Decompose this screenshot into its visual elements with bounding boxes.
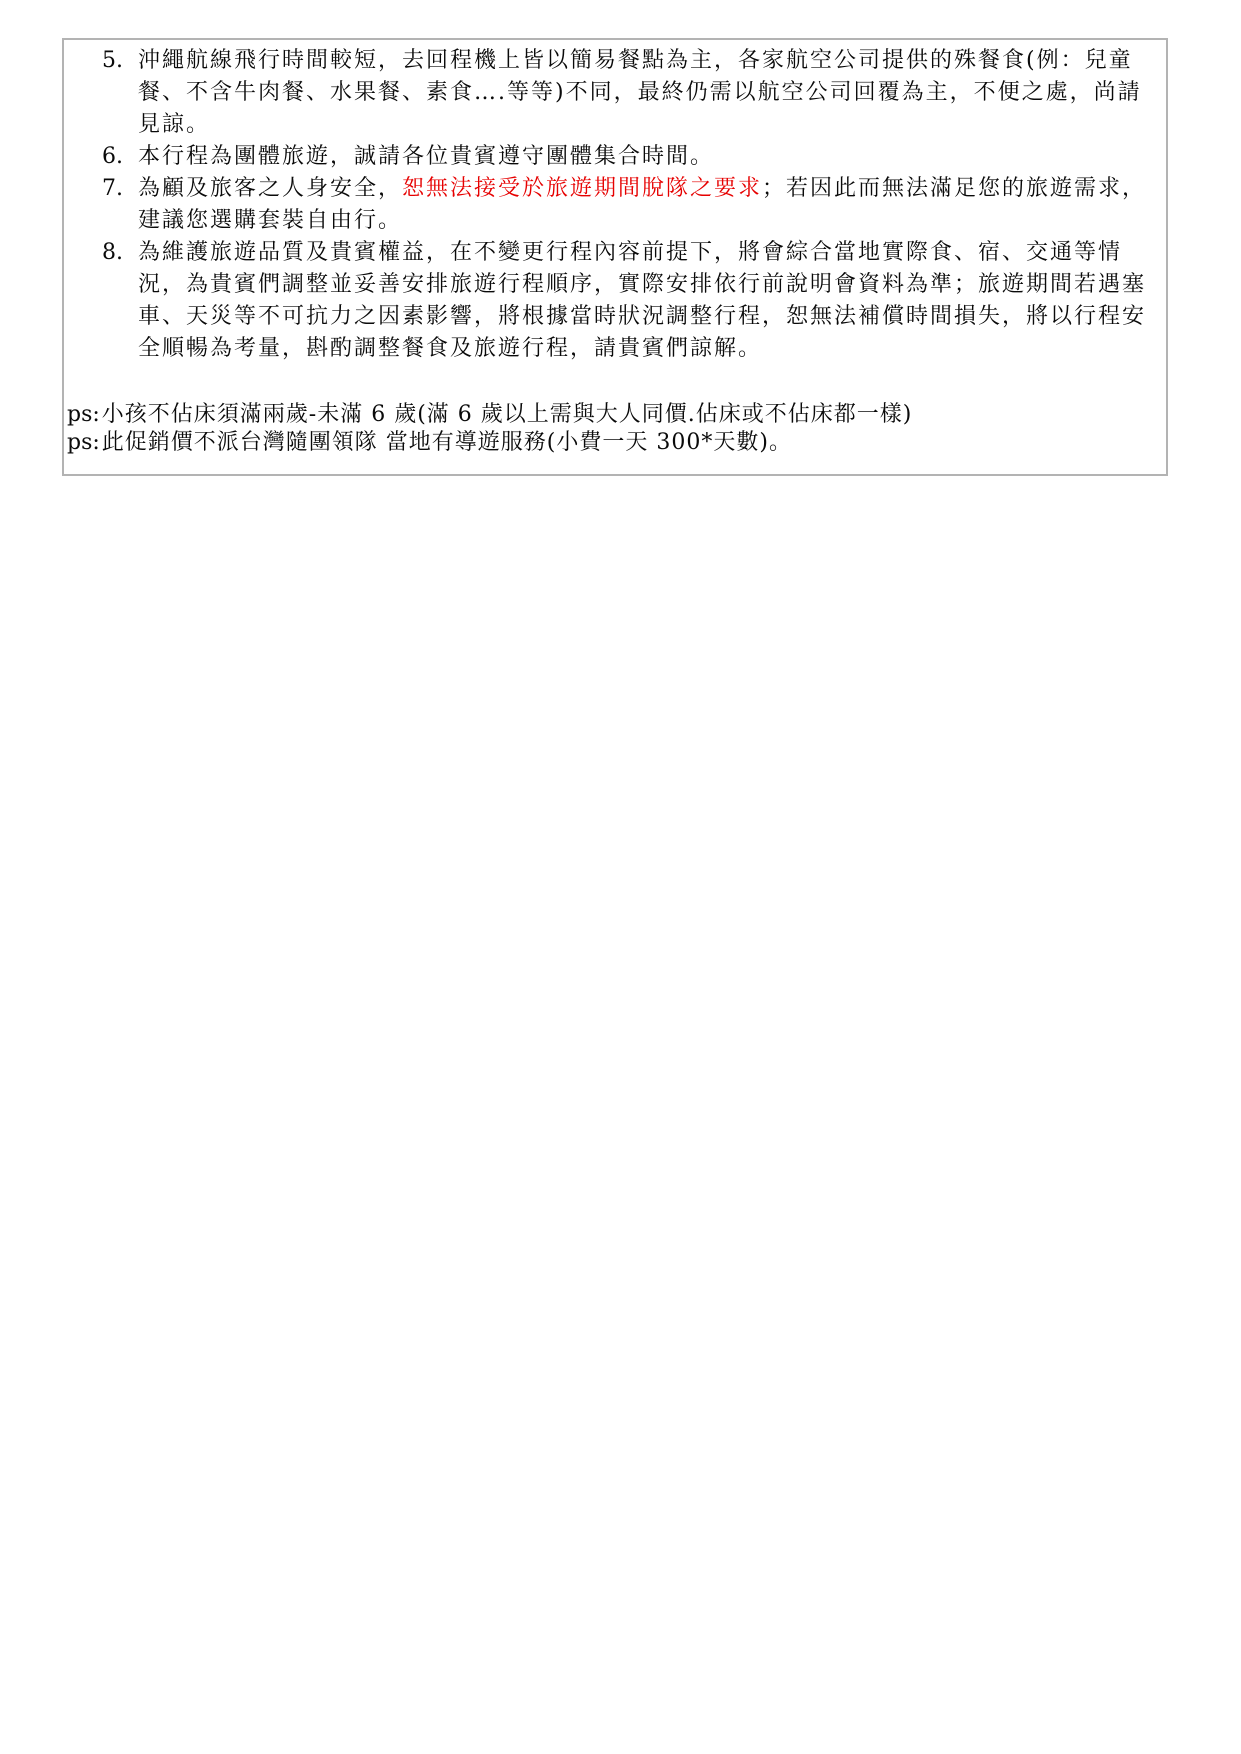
ps-note-child-bed: ps:小孩不佔床須滿兩歲-未滿 6 歲(滿 6 歲以上需與大人同價.佔床或不佔床…: [67, 401, 1166, 429]
list-item-number: 7.: [102, 173, 138, 205]
list-item-text: 沖繩航線飛行時間較短，去回程機上皆以簡易餐點為主，各家航空公司提供的殊餐食(例：…: [138, 45, 1164, 141]
list-item-number: 6.: [102, 141, 138, 173]
list-item-text: 為維護旅遊品質及貴賓權益，在不變更行程內容前提下，將會綜合當地實際食、宿、交通等…: [138, 237, 1164, 365]
list-item-text: 為顧及旅客之人身安全，恕無法接受於旅遊期間脫隊之要求；若因此而無法滿足您的旅遊需…: [138, 173, 1164, 237]
list-item-7: 7. 為顧及旅客之人身安全，恕無法接受於旅遊期間脫隊之要求；若因此而無法滿足您的…: [102, 173, 1164, 237]
terms-list: 5. 沖繩航線飛行時間較短，去回程機上皆以簡易餐點為主，各家航空公司提供的殊餐食…: [64, 40, 1166, 365]
red-warning-text: 恕無法接受於旅遊期間脫隊之要求: [402, 176, 762, 201]
ps-note-guide-service: ps:此促銷價不派台灣隨團領隊 當地有導遊服務(小費一天 300*天數)。: [67, 429, 1166, 457]
travel-terms-notice-box: 5. 沖繩航線飛行時間較短，去回程機上皆以簡易餐點為主，各家航空公司提供的殊餐食…: [62, 38, 1168, 476]
list-item-8: 8. 為維護旅遊品質及貴賓權益，在不變更行程內容前提下，將會綜合當地實際食、宿、…: [102, 237, 1164, 365]
ps-note-text: 小孩不佔床須滿兩歲-未滿 6 歲(滿 6 歲以上需與大人同價.佔床或不佔床都一樣…: [102, 402, 913, 427]
ps-prefix: ps:: [67, 430, 102, 455]
list-item-text: 本行程為團體旅遊，誠請各位貴賓遵守團體集合時間。: [138, 141, 1164, 173]
list-item-5: 5. 沖繩航線飛行時間較短，去回程機上皆以簡易餐點為主，各家航空公司提供的殊餐食…: [102, 45, 1164, 141]
ps-prefix: ps:: [67, 402, 102, 427]
text-segment-before: 為顧及旅客之人身安全，: [138, 176, 402, 201]
list-item-number: 8.: [102, 237, 138, 269]
document-page: 5. 沖繩航線飛行時間較短，去回程機上皆以簡易餐點為主，各家航空公司提供的殊餐食…: [0, 0, 1241, 1754]
list-item-6: 6. 本行程為團體旅遊，誠請各位貴賓遵守團體集合時間。: [102, 141, 1164, 173]
list-item-number: 5.: [102, 45, 138, 77]
ps-notes: ps:小孩不佔床須滿兩歲-未滿 6 歲(滿 6 歲以上需與大人同價.佔床或不佔床…: [64, 401, 1166, 457]
ps-note-text: 此促銷價不派台灣隨團領隊 當地有導遊服務(小費一天 300*天數)。: [102, 430, 792, 455]
